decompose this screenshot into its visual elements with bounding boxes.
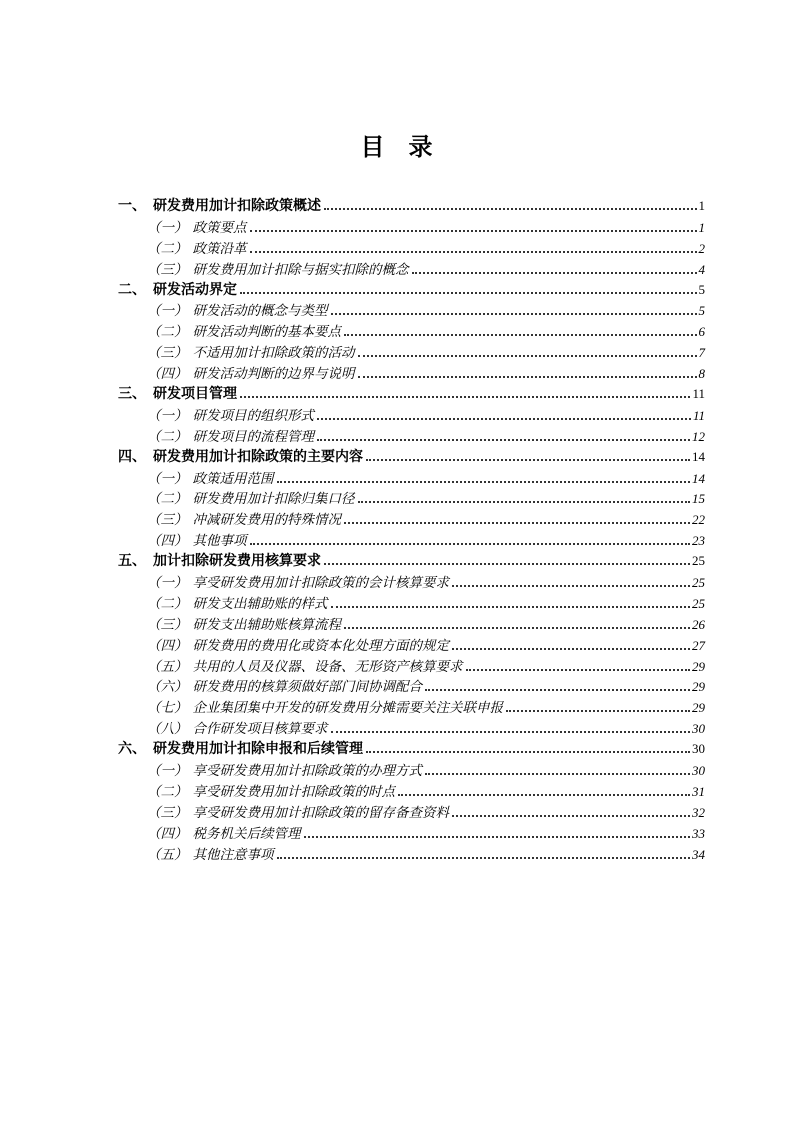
toc-item-row: （四）税务机关后续管理33 xyxy=(118,822,705,843)
toc-section-row: 五、加计扣除研发费用核算要求25 xyxy=(118,550,705,571)
toc-item-title: 共用的人员及仪器、设备、无形资产核算要求 xyxy=(193,655,463,675)
dot-leader xyxy=(240,395,690,398)
toc-item-row: （四）研发活动判断的边界与说明8 xyxy=(118,362,705,383)
dot-leader xyxy=(452,814,690,817)
dot-leader xyxy=(358,354,697,357)
toc-page-number: 14 xyxy=(692,449,705,465)
toc-item-row: （二）研发费用加计扣除归集口径15 xyxy=(118,487,705,508)
toc-page-number: 23 xyxy=(692,533,705,549)
dot-leader xyxy=(344,521,690,524)
toc-section-number: 二、 xyxy=(118,279,153,299)
toc-page-number: 29 xyxy=(692,679,705,695)
toc-item-row: （四）其他事项23 xyxy=(118,529,705,550)
document-page: { "page": { "title": "目 录" }, "toc": { "… xyxy=(0,0,793,1122)
toc-item-label: （三） xyxy=(147,258,188,278)
dot-leader xyxy=(466,668,691,671)
toc-page-number: 33 xyxy=(692,826,705,842)
toc-item-row: （三）冲减研发费用的特殊情况22 xyxy=(118,508,705,529)
dot-leader xyxy=(324,562,690,565)
toc-item-row: （三）不适用加计扣除政策的活动7 xyxy=(118,341,705,362)
toc-page-number: 11 xyxy=(692,386,705,402)
toc-page-number: 30 xyxy=(692,741,705,757)
dot-leader xyxy=(425,772,690,775)
toc-item-label: （一） xyxy=(147,216,188,236)
toc-item-label: （五） xyxy=(147,655,188,675)
dot-leader xyxy=(366,750,690,753)
dot-leader xyxy=(358,500,691,503)
toc-item-title: 政策沿革 xyxy=(193,237,247,257)
toc-page-number: 30 xyxy=(692,763,705,779)
toc-item-title: 政策适用范围 xyxy=(193,467,274,487)
dot-leader xyxy=(331,730,691,733)
toc-item-title: 研发费用的费用化或资本化处理方面的规定 xyxy=(193,634,450,654)
toc-item-label: （四） xyxy=(147,634,188,654)
toc-item-title: 研发项目的组织形式 xyxy=(193,404,315,424)
toc-item-title: 研发活动的概念与类型 xyxy=(193,299,328,319)
toc-item-title: 合作研发项目核算要求 xyxy=(193,717,328,737)
toc-section-number: 三、 xyxy=(118,383,153,403)
dot-leader xyxy=(358,375,697,378)
toc-item-row: （二）享受研发费用加计扣除政策的时点31 xyxy=(118,780,705,801)
toc-section-number: 六、 xyxy=(118,738,153,758)
toc-page-number: 14 xyxy=(692,471,705,487)
dot-leader xyxy=(250,229,697,232)
toc-page-number: 5 xyxy=(699,282,706,298)
toc-item-row: （二）研发支出辅助账的样式25 xyxy=(118,592,705,613)
toc-item-label: （一） xyxy=(147,467,188,487)
toc-item-label: （二） xyxy=(147,425,188,445)
toc-item-row: （二）研发项目的流程管理12 xyxy=(118,425,705,446)
dot-leader xyxy=(398,793,690,796)
toc-item-title: 其他事项 xyxy=(193,529,247,549)
toc-item-label: （三） xyxy=(147,801,188,821)
toc-item-row: （五）其他注意事项34 xyxy=(118,843,705,864)
dot-leader xyxy=(317,438,690,441)
toc-item-label: （四） xyxy=(147,529,188,549)
toc-item-row: （二）政策沿革2 xyxy=(118,237,705,258)
toc-item-row: （四）研发费用的费用化或资本化处理方面的规定27 xyxy=(118,634,705,655)
toc-item-label: （三） xyxy=(147,613,188,633)
dot-leader xyxy=(452,647,690,650)
dot-leader xyxy=(324,207,697,210)
toc-page-number: 25 xyxy=(692,553,705,569)
toc-section-title: 研发费用加计扣除申报和后续管理 xyxy=(153,738,363,758)
toc-page-number: 31 xyxy=(692,784,705,800)
dot-leader xyxy=(277,856,691,859)
page-title: 目 录 xyxy=(0,134,793,163)
toc-item-label: （四） xyxy=(147,822,188,842)
toc-item-title: 研发支出辅助账的样式 xyxy=(193,592,328,612)
toc-page-number: 29 xyxy=(692,700,705,716)
toc-item-label: （一） xyxy=(147,404,188,424)
toc-page-number: 1 xyxy=(699,198,706,214)
toc-item-row: （五）共用的人员及仪器、设备、无形资产核算要求29 xyxy=(118,655,705,676)
toc-page-number: 4 xyxy=(699,262,706,278)
toc-item-title: 享受研发费用加计扣除政策的时点 xyxy=(193,780,396,800)
toc-item-row: （三）研发费用加计扣除与据实扣除的概念4 xyxy=(118,258,705,279)
toc-item-title: 研发活动判断的边界与说明 xyxy=(193,362,355,382)
toc-item-title: 研发支出辅助账核算流程 xyxy=(193,613,342,633)
dot-leader xyxy=(344,333,697,336)
table-of-contents: 一、研发费用加计扣除政策概述1 （一）政策要点1 （二）政策沿革2 （三）研发费… xyxy=(118,195,705,864)
toc-item-title: 研发费用的核算须做好部门间协调配合 xyxy=(193,675,423,695)
dot-leader xyxy=(317,417,691,420)
toc-item-label: （一） xyxy=(147,299,188,319)
toc-item-title: 享受研发费用加计扣除政策的留存备查资料 xyxy=(193,801,450,821)
dot-leader xyxy=(331,605,691,608)
toc-item-title: 政策要点 xyxy=(193,216,247,236)
toc-section-number: 一、 xyxy=(118,195,153,215)
toc-item-row: （一）政策适用范围14 xyxy=(118,467,705,488)
toc-page-number: 22 xyxy=(692,512,705,528)
toc-item-row: （三）享受研发费用加计扣除政策的留存备查资料32 xyxy=(118,801,705,822)
toc-item-label: （一） xyxy=(147,759,188,779)
dot-leader xyxy=(331,312,697,315)
toc-item-row: （六）研发费用的核算须做好部门间协调配合29 xyxy=(118,675,705,696)
toc-item-label: （三） xyxy=(147,341,188,361)
toc-item-label: （三） xyxy=(147,508,188,528)
toc-section-row: 四、研发费用加计扣除政策的主要内容14 xyxy=(118,446,705,467)
toc-item-label: （八） xyxy=(147,717,188,737)
dot-leader xyxy=(277,480,691,483)
toc-item-title: 不适用加计扣除政策的活动 xyxy=(193,341,355,361)
toc-item-label: （四） xyxy=(147,362,188,382)
toc-item-title: 研发费用加计扣除归集口径 xyxy=(193,487,355,507)
toc-page-number: 34 xyxy=(692,847,705,863)
toc-item-row: （一）研发活动的概念与类型5 xyxy=(118,299,705,320)
toc-item-row: （一）享受研发费用加计扣除政策的办理方式30 xyxy=(118,759,705,780)
toc-item-label: （二） xyxy=(147,237,188,257)
toc-page-number: 30 xyxy=(692,721,705,737)
dot-leader xyxy=(304,835,691,838)
toc-item-row: （二）研发活动判断的基本要点6 xyxy=(118,320,705,341)
toc-item-label: （二） xyxy=(147,592,188,612)
dot-leader xyxy=(452,584,690,587)
toc-page-number: 26 xyxy=(692,617,705,633)
dot-leader xyxy=(366,458,690,461)
toc-page-number: 29 xyxy=(692,659,705,675)
dot-leader xyxy=(412,271,697,274)
toc-section-title: 研发费用加计扣除政策的主要内容 xyxy=(153,446,363,466)
toc-section-title: 研发项目管理 xyxy=(153,383,237,403)
toc-page-number: 27 xyxy=(692,638,705,654)
toc-item-row: （一）享受研发费用加计扣除政策的会计核算要求25 xyxy=(118,571,705,592)
toc-item-label: （七） xyxy=(147,696,188,716)
toc-section-number: 四、 xyxy=(118,446,153,466)
toc-item-title: 享受研发费用加计扣除政策的会计核算要求 xyxy=(193,571,450,591)
toc-item-row: （七）企业集团集中开发的研发费用分摊需要关注关联申报29 xyxy=(118,696,705,717)
toc-section-title: 研发活动界定 xyxy=(153,279,237,299)
toc-item-label: （二） xyxy=(147,780,188,800)
toc-item-label: （六） xyxy=(147,675,188,695)
toc-page-number: 2 xyxy=(699,241,706,257)
toc-item-title: 冲减研发费用的特殊情况 xyxy=(193,508,342,528)
toc-section-row: 三、研发项目管理11 xyxy=(118,383,705,404)
toc-item-label: （二） xyxy=(147,320,188,340)
toc-item-title: 研发活动判断的基本要点 xyxy=(193,320,342,340)
toc-item-label: （一） xyxy=(147,571,188,591)
dot-leader xyxy=(240,291,697,294)
dot-leader xyxy=(344,626,690,629)
toc-section-number: 五、 xyxy=(118,550,153,570)
toc-section-title: 加计扣除研发费用核算要求 xyxy=(153,550,321,570)
dot-leader xyxy=(250,542,691,545)
toc-page-number: 25 xyxy=(692,596,705,612)
toc-page-number: 12 xyxy=(692,429,705,445)
toc-page-number: 5 xyxy=(699,303,706,319)
dot-leader xyxy=(506,709,690,712)
toc-page-number: 32 xyxy=(692,805,705,821)
toc-page-number: 6 xyxy=(699,324,706,340)
toc-section-row: 二、研发活动界定5 xyxy=(118,279,705,300)
toc-item-title: 研发项目的流程管理 xyxy=(193,425,315,445)
toc-item-label: （二） xyxy=(147,487,188,507)
toc-page-number: 7 xyxy=(699,345,706,361)
toc-section-row: 一、研发费用加计扣除政策概述1 xyxy=(118,195,705,216)
toc-page-number: 1 xyxy=(699,220,706,236)
toc-item-row: （三）研发支出辅助账核算流程26 xyxy=(118,613,705,634)
toc-item-row: （一）研发项目的组织形式11 xyxy=(118,404,705,425)
toc-page-number: 15 xyxy=(692,491,705,507)
toc-item-title: 享受研发费用加计扣除政策的办理方式 xyxy=(193,759,423,779)
toc-item-title: 研发费用加计扣除与据实扣除的概念 xyxy=(193,258,409,278)
toc-item-title: 企业集团集中开发的研发费用分摊需要关注关联申报 xyxy=(193,696,504,716)
toc-item-label: （五） xyxy=(147,843,188,863)
toc-item-title: 税务机关后续管理 xyxy=(193,822,301,842)
toc-page-number: 25 xyxy=(692,575,705,591)
dot-leader xyxy=(250,250,697,253)
toc-item-title: 其他注意事项 xyxy=(193,843,274,863)
toc-section-row: 六、研发费用加计扣除申报和后续管理30 xyxy=(118,738,705,759)
toc-section-title: 研发费用加计扣除政策概述 xyxy=(153,195,321,215)
toc-item-row: （八）合作研发项目核算要求30 xyxy=(118,717,705,738)
toc-page-number: 11 xyxy=(693,408,705,424)
toc-item-row: （一）政策要点1 xyxy=(118,216,705,237)
dot-leader xyxy=(425,688,690,691)
toc-page-number: 8 xyxy=(699,366,706,382)
